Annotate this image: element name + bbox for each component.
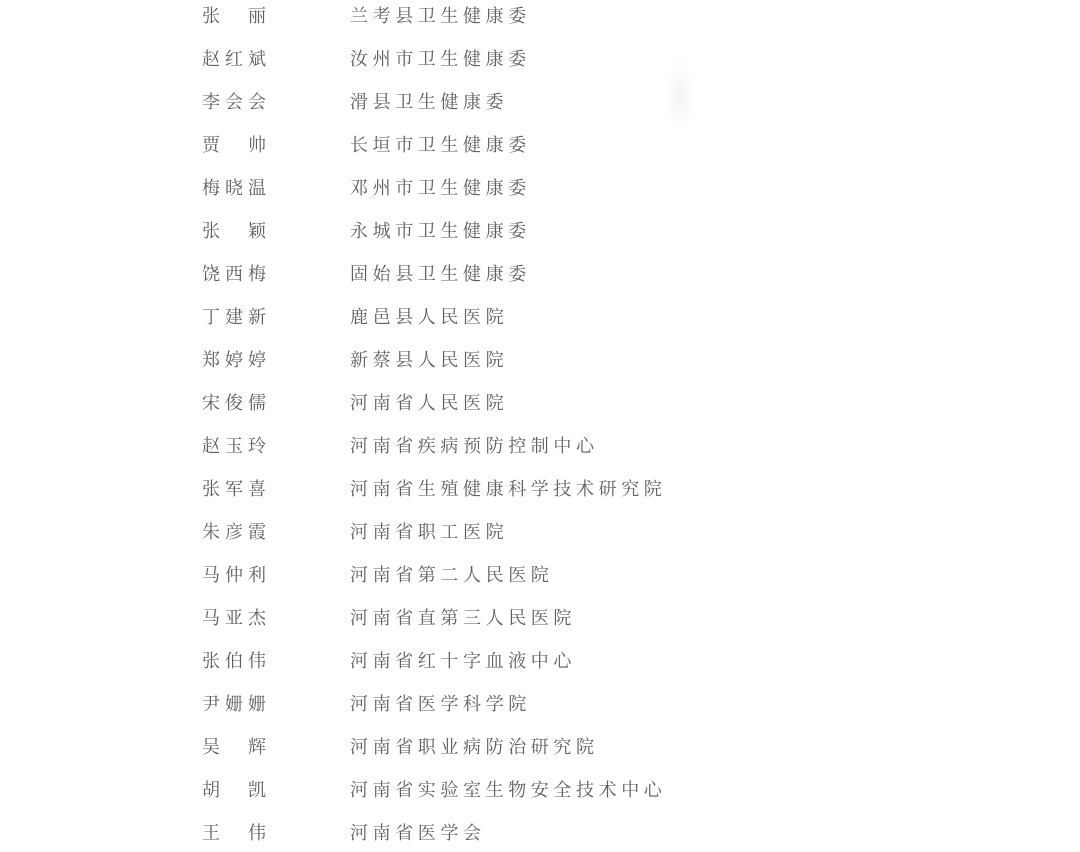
person-name: 吴辉: [202, 733, 266, 763]
organization: 鹿邑县人民医院: [350, 303, 508, 333]
organization: 河南省疾病预防控制中心: [350, 432, 599, 462]
organization: 河南省直第三人民医院: [350, 604, 576, 634]
organization: 邓州市卫生健康委: [350, 174, 531, 204]
person-name: 赵玉玲: [202, 432, 266, 462]
organization: 新蔡县人民医院: [350, 346, 508, 376]
organization: 河南省人民医院: [350, 389, 508, 419]
person-name: 梅晓温: [202, 174, 266, 204]
list-item: 马亚杰 河南省直第三人民医院: [0, 604, 1080, 634]
person-name: 胡凯: [202, 776, 266, 806]
document-page: 张丽 兰考县卫生健康委 赵红斌 汝州市卫生健康委 李会会 滑县卫生健康委 贾帅 …: [0, 0, 1080, 852]
list-item: 李会会 滑县卫生健康委: [0, 88, 1080, 118]
person-name: 张军喜: [202, 475, 266, 505]
list-item: 张军喜 河南省生殖健康科学技术研究院: [0, 475, 1080, 505]
organization: 河南省医学科学院: [350, 690, 531, 720]
list-item: 郑婷婷 新蔡县人民医院: [0, 346, 1080, 376]
person-name: 丁建新: [202, 303, 266, 333]
person-name: 张颖: [202, 217, 266, 247]
list-item: 张颖 永城市卫生健康委: [0, 217, 1080, 247]
list-item: 尹姗姗 河南省医学科学院: [0, 690, 1080, 720]
person-name: 宋俊儒: [202, 389, 266, 419]
organization: 河南省实验室生物安全技术中心: [350, 776, 666, 806]
person-name: 马仲利: [202, 561, 266, 591]
list-item: 马仲利 河南省第二人民医院: [0, 561, 1080, 591]
organization: 永城市卫生健康委: [350, 217, 531, 247]
person-name: 马亚杰: [202, 604, 266, 634]
list-item: 梅晓温 邓州市卫生健康委: [0, 174, 1080, 204]
list-item: 张伯伟 河南省红十字血液中心: [0, 647, 1080, 677]
organization: 河南省职业病防治研究院: [350, 733, 599, 763]
list-item: 吴辉 河南省职业病防治研究院: [0, 733, 1080, 763]
person-name: 贾帅: [202, 131, 266, 161]
organization: 长垣市卫生健康委: [350, 131, 531, 161]
organization: 河南省职工医院: [350, 518, 508, 548]
person-name: 李会会: [202, 88, 266, 118]
organization: 固始县卫生健康委: [350, 260, 531, 290]
person-name: 尹姗姗: [202, 690, 266, 720]
list-item: 朱彦霞 河南省职工医院: [0, 518, 1080, 548]
person-name: 张伯伟: [202, 647, 266, 677]
list-item: 王伟 河南省医学会: [0, 819, 1080, 849]
person-name: 赵红斌: [202, 45, 266, 75]
person-name: 朱彦霞: [202, 518, 266, 548]
organization: 兰考县卫生健康委: [350, 2, 531, 32]
list-item: 赵玉玲 河南省疾病预防控制中心: [0, 432, 1080, 462]
person-name: 饶西梅: [202, 260, 266, 290]
organization: 汝州市卫生健康委: [350, 45, 531, 75]
list-item: 赵红斌 汝州市卫生健康委: [0, 45, 1080, 75]
list-item: 宋俊儒 河南省人民医院: [0, 389, 1080, 419]
list-item: 胡凯 河南省实验室生物安全技术中心: [0, 776, 1080, 806]
organization: 河南省第二人民医院: [350, 561, 553, 591]
organization: 河南省生殖健康科学技术研究院: [350, 475, 666, 505]
list-item: 丁建新 鹿邑县人民医院: [0, 303, 1080, 333]
person-name: 王伟: [202, 819, 266, 849]
person-name: 郑婷婷: [202, 346, 266, 376]
person-name: 张丽: [202, 2, 266, 32]
organization: 滑县卫生健康委: [350, 88, 508, 118]
list-item: 张丽 兰考县卫生健康委: [0, 2, 1080, 32]
organization: 河南省医学会: [350, 819, 486, 849]
list-item: 饶西梅 固始县卫生健康委: [0, 260, 1080, 290]
organization: 河南省红十字血液中心: [350, 647, 576, 677]
list-item: 贾帅 长垣市卫生健康委: [0, 131, 1080, 161]
